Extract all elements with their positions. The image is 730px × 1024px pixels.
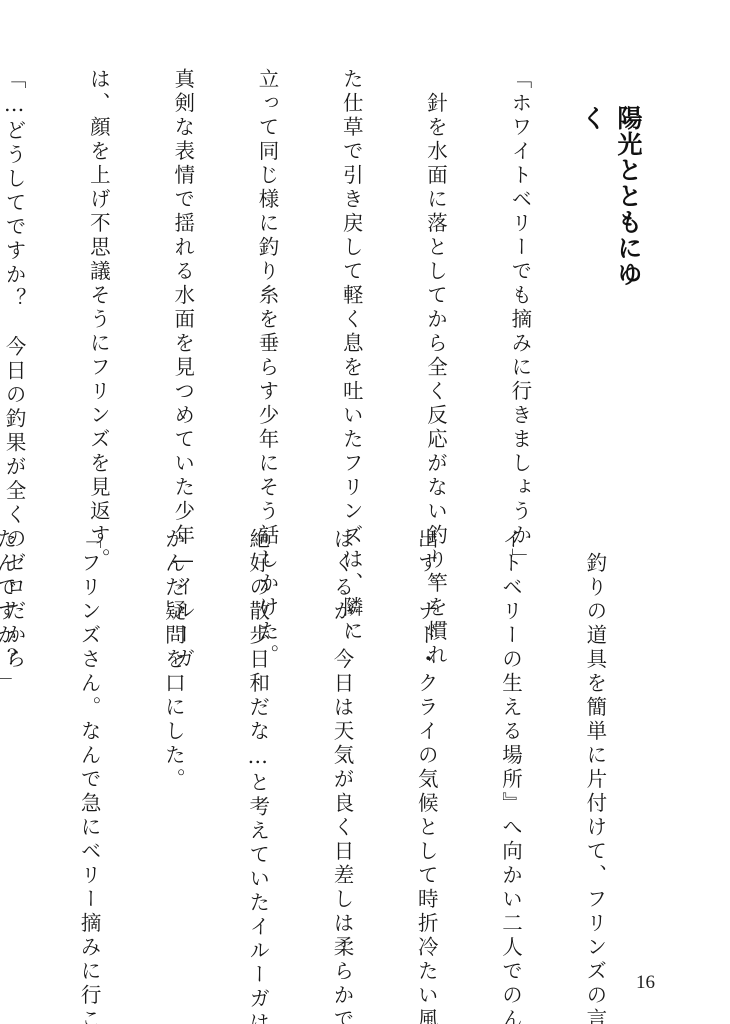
text-column: 立って同じ様に釣り糸を垂らす少年にそう話しかけた。 [253,68,281,508]
text-column: は、顔を上げ不思議そうにフリンズを見返す。 [84,68,112,508]
text-column: 真剣な表情で揺れる水面を見つめていた少年―イルーガ [169,68,197,508]
chapter-title: 陽光とともにゆく [610,105,646,305]
text-block-top: 「ホワイトベリーでも摘みに行きましょうか」 針を水面に落としてから全く反応がない… [112,68,590,508]
text-column: 釣りの道具を簡単に片付けて、フリンズの言う『ホワ [581,528,609,968]
text-column: 針を水面に落としてから全く反応がない釣り竿を慣れ [421,68,449,508]
book-page: 陽光とともにゆく 「ホワイトベリーでも摘みに行きましょうか」 針を水面に落として… [0,0,730,1024]
text-column: 「フリンズさん。なんで急にベリー摘みに行こうと思っ [75,528,103,968]
text-column: かんだ疑問を口にした。 [159,528,187,968]
text-column: 「ホワイトベリーでも摘みに行きましょうか」 [506,68,534,508]
text-column: たんですか？」 [0,528,19,968]
text-column: 絶好の散歩日和だな…と考えていたイルーガは、ふと浮 [244,528,272,968]
text-column: 出す。ナド・クライの気候として時折冷たい風が吹いて [412,528,440,968]
text-column: はくるが、今日は天気が良く日差しは柔らかで暖かい。 [328,528,356,968]
text-column: イトベリーの生える場所』へ向かい二人でのんびり歩き [496,528,524,968]
text-column: 「…どうしてですか？ 今日の釣果が全くのゼロだから [0,68,28,508]
page-number: 16 [636,972,655,994]
text-block-bottom: 釣りの道具を簡単に片付けて、フリンズの言う『ホワ イトベリーの生える場所』へ向か… [130,528,665,968]
text-column: た仕草で引き戻して軽く息を吐いたフリンズは、隣に [337,68,365,508]
